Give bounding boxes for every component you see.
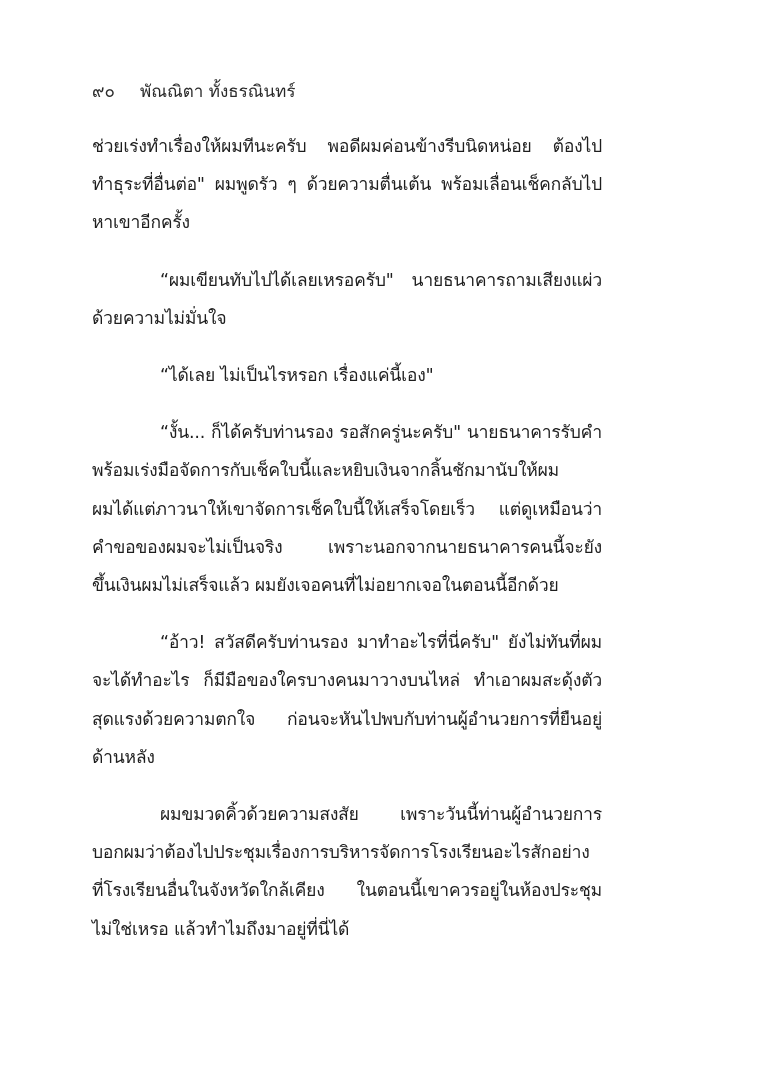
- text-line: จะได้ทำอะไร ก็มีมือของใครบางคนมาวางบนไหล…: [92, 662, 602, 700]
- body-text: ช่วยเร่งทำเรื่องให้ผมทีนะครับ พอดีผมค่อน…: [92, 128, 602, 968]
- text-line: ไม่ใช่เหรอ แล้วทำไมถึงมาอยู่ที่นี่ได้: [92, 911, 602, 949]
- text-line: ผมได้แต่ภาวนาให้เขาจัดการเช็คใบนี้ให้เสร…: [92, 491, 602, 529]
- paragraph-1: ช่วยเร่งทำเรื่องให้ผมทีนะครับ พอดีผมค่อน…: [92, 128, 602, 243]
- text-line: “งั้น... ก็ได้ครับท่านรอง รอสักครู่นะครั…: [92, 414, 602, 452]
- running-header: ๙๐พัณณิตา ทั้งธรณินทร์: [92, 77, 295, 107]
- text-line: ผมขมวดคิ้วด้วยความสงสัย เพราะวันนี้ท่านผ…: [92, 796, 602, 834]
- paragraph-5: “อ้าว! สวัสดีครับท่านรอง มาทำอะไรที่นี่ค…: [92, 624, 602, 777]
- text-line: ช่วยเร่งทำเรื่องให้ผมทีนะครับ พอดีผมค่อน…: [92, 128, 602, 166]
- book-page: ๙๐พัณณิตา ทั้งธรณินทร์ ช่วยเร่งทำเรื่องใ…: [0, 0, 768, 1090]
- text-line: ด้วยความไม่มั่นใจ: [92, 300, 602, 338]
- paragraph-2: “ผมเขียนทับไปได้เลยเหรอครับ" นายธนาคารถา…: [92, 262, 602, 338]
- page-number: ๙๐: [92, 77, 140, 107]
- text-line: บอกผมว่าต้องไปประชุมเรื่องการบริหารจัดกา…: [92, 834, 602, 872]
- paragraph-6: ผมขมวดคิ้วด้วยความสงสัย เพราะวันนี้ท่านผ…: [92, 796, 602, 949]
- text-line: ทำธุระที่อื่นต่อ" ผมพูดรัว ๆ ด้วยความตื่…: [92, 166, 602, 204]
- paragraph-4: “งั้น... ก็ได้ครับท่านรอง รอสักครู่นะครั…: [92, 414, 602, 605]
- author-name: พัณณิตา ทั้งธรณินทร์: [140, 82, 295, 102]
- paragraph-3: “ได้เลย ไม่เป็นไรหรอก เรื่องแค่นี้เอง": [92, 357, 602, 395]
- text-line: คำขอของผมจะไม่เป็นจริง เพราะนอกจากนายธนา…: [92, 529, 602, 567]
- text-line: พร้อมเร่งมือจัดการกับเช็คใบนี้และหยิบเงิ…: [92, 452, 602, 490]
- text-line: ขึ้นเงินผมไม่เสร็จแล้ว ผมยังเจอคนที่ไม่อ…: [92, 567, 602, 605]
- text-line: “อ้าว! สวัสดีครับท่านรอง มาทำอะไรที่นี่ค…: [92, 624, 602, 662]
- text-line: “ได้เลย ไม่เป็นไรหรอก เรื่องแค่นี้เอง": [92, 357, 602, 395]
- text-line: ที่โรงเรียนอื่นในจังหวัดใกล้เคียง ในตอนน…: [92, 872, 602, 910]
- text-line: หาเขาอีกครั้ง: [92, 204, 602, 242]
- text-line: สุดแรงด้วยความตกใจ ก่อนจะหันไปพบกับท่านผ…: [92, 701, 602, 739]
- text-line: “ผมเขียนทับไปได้เลยเหรอครับ" นายธนาคารถา…: [92, 262, 602, 300]
- text-line: ด้านหลัง: [92, 739, 602, 777]
